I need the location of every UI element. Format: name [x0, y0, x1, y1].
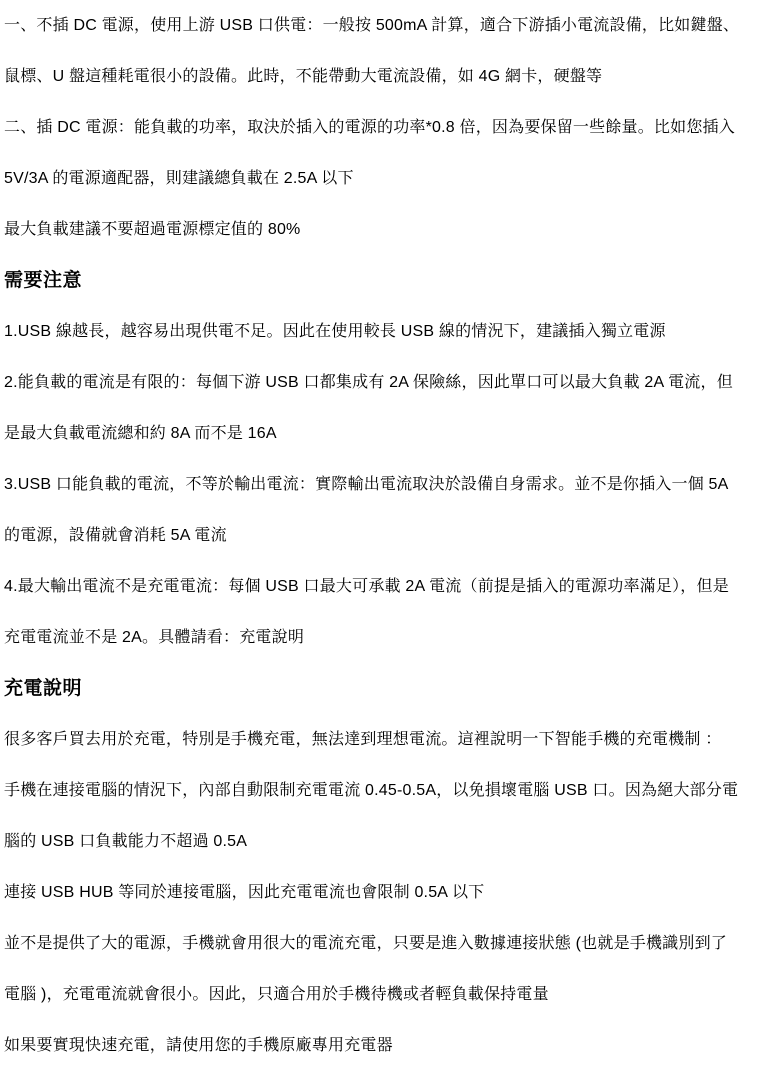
text-line-data-mode: 並不是提供了大的電源，手機就會用很大的電流充電，只要是進入數據連接狀態 (也就是…	[4, 918, 778, 969]
text-line-hub-limit: 連接 USB HUB 等同於連接電腦，因此充電電流也會限制 0.5A 以下	[4, 867, 778, 918]
text-line-usb-powered-devices: 鼠標、U 盤這種耗電很小的設備。此時，不能帶動大電流設備，如 4G 網卡，硬盤等	[4, 51, 778, 102]
text-line-dc-powered-example: 5V/3A 的電源適配器，則建議總負載在 2.5A 以下	[4, 153, 778, 204]
document-page: 一、不插 DC 電源，使用上游 USB 口供電：一般按 500mA 計算，適合下…	[0, 0, 780, 1075]
text-line-dc-powered-intro: 二、插 DC 電源：能負載的功率，取決於插入的電源的功率*0.8 倍，因為要保留…	[4, 102, 778, 153]
text-line-note-4-max-output: 4.最大輸出電流不是充電電流：每個 USB 口最大可承載 2A 電流（前提是插入…	[4, 561, 778, 612]
text-line-usb-powered-intro: 一、不插 DC 電源，使用上游 USB 口供電：一般按 500mA 計算，適合下…	[4, 0, 778, 51]
text-line-note-2-fuse: 2.能負載的電流是有限的：每個下游 USB 口都集成有 2A 保險絲，因此單口可…	[4, 357, 778, 408]
text-line-charging-intro: 很多客戶買去用於充電，特別是手機充電，無法達到理想電流。這裡說明一下智能手機的充…	[4, 714, 778, 765]
section-heading-notes: 需要注意	[4, 255, 778, 306]
text-line-note-4-charge-current: 充電電流並不是 2A。具體請看：充電說明	[4, 612, 778, 663]
section-heading-charging: 充電說明	[4, 663, 778, 714]
text-line-standby-use: 電腦 )，充電電流就會很小。因此，只適合用於手機待機或者輕負載保持電量	[4, 969, 778, 1020]
text-line-fast-charge-advice: 如果要實現快速充電，請使用您的手機原廠專用充電器	[4, 1020, 778, 1071]
text-line-pc-usb-limit: 腦的 USB 口負載能力不超過 0.5A	[4, 816, 778, 867]
text-line-note-2-total-current: 是最大負載電流總和約 8A 而不是 16A	[4, 408, 778, 459]
text-line-note-3-consumption: 的電源，設備就會消耗 5A 電流	[4, 510, 778, 561]
text-line-max-load-advice: 最大負載建議不要超過電源標定值的 80%	[4, 204, 778, 255]
text-line-note-3-output-current: 3.USB 口能負載的電流，不等於輸出電流：實際輸出電流取決於設備自身需求。並不…	[4, 459, 778, 510]
text-line-phone-limit: 手機在連接電腦的情況下，內部自動限制充電電流 0.45-0.5A，以免損壞電腦 …	[4, 765, 778, 816]
text-line-note-1-cable-length: 1.USB 線越長，越容易出現供電不足。因此在使用較長 USB 線的情況下，建議…	[4, 306, 778, 357]
